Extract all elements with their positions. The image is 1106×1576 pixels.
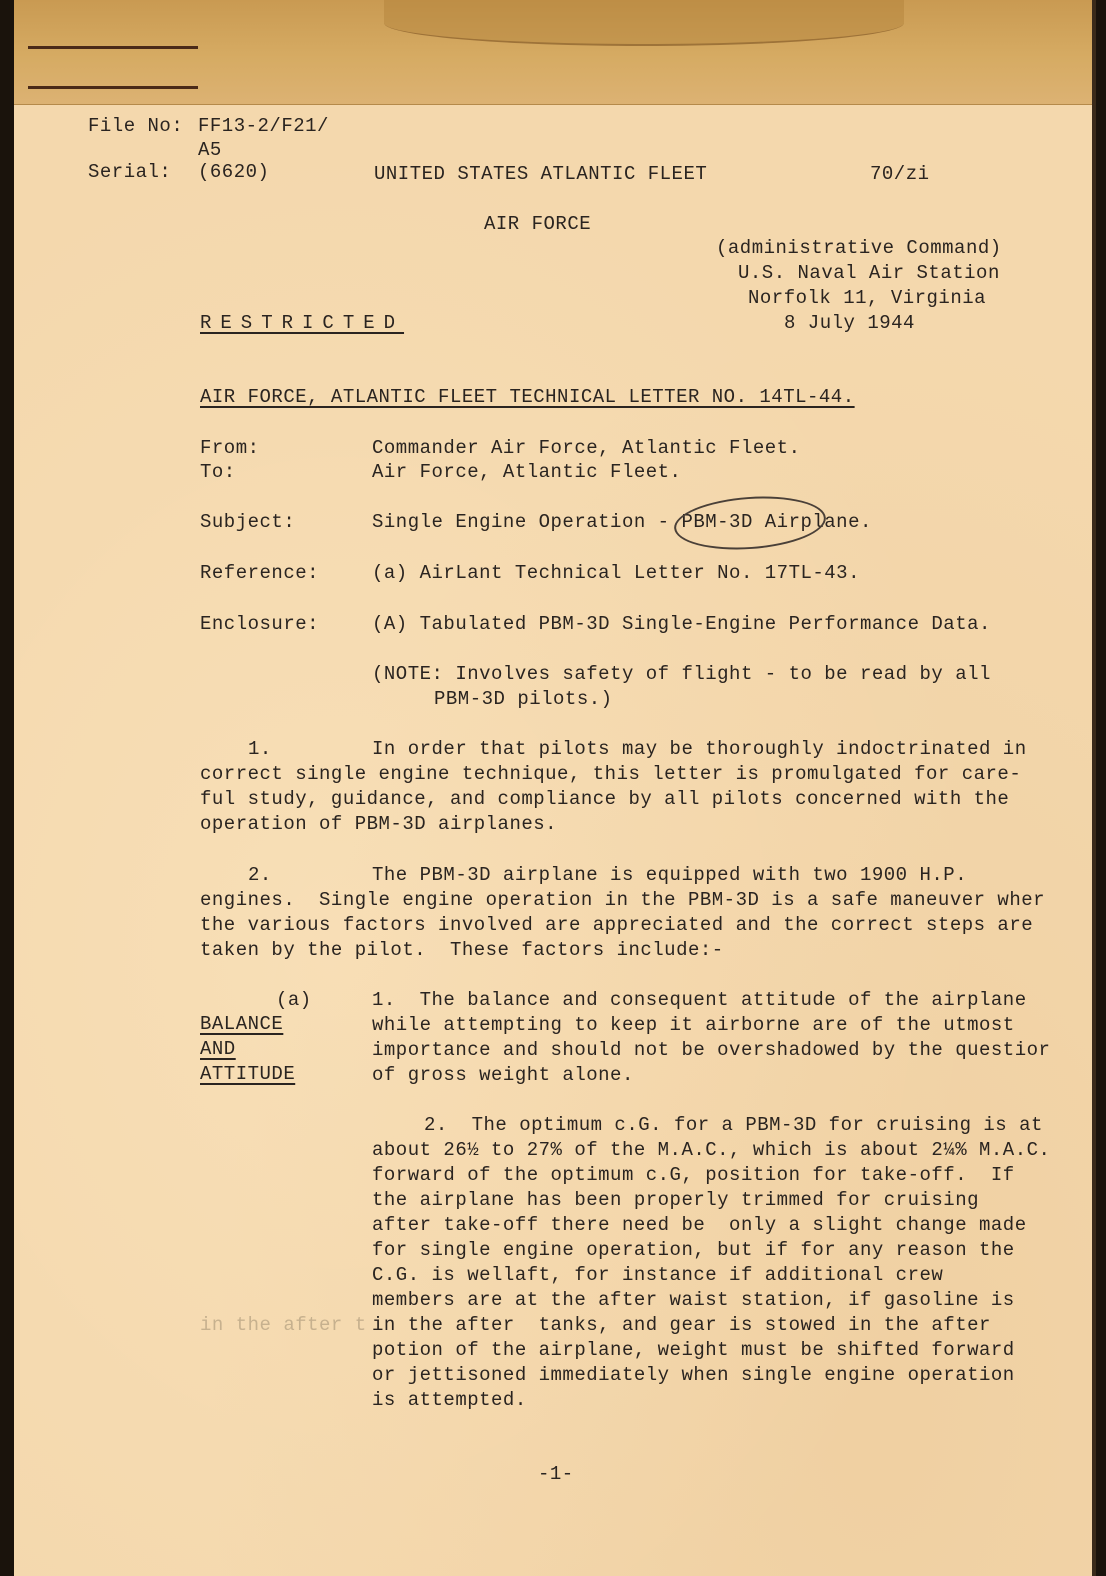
note-line-2: PBM-3D pilots.) <box>434 687 613 712</box>
note-line-1: (NOTE: Involves safety of flight - to be… <box>372 662 991 687</box>
page-number: -1- <box>538 1462 574 1487</box>
para1-line: ful study, guidance, and compliance by a… <box>200 787 1009 812</box>
enclosure-label: Enclosure: <box>200 612 319 637</box>
item1-line: while attempting to keep it airborne are… <box>372 1013 1015 1038</box>
from-label: From: <box>200 436 260 461</box>
stain-mark <box>384 0 904 46</box>
item2-line: C.G. is wellaft, for instance if additio… <box>372 1263 943 1288</box>
item2-line: 2. The optimum c.G. for a PBM-3D for cru… <box>424 1113 1043 1138</box>
item2-line: or jettisoned immediately when single en… <box>372 1363 1015 1388</box>
to-label: To: <box>200 460 236 485</box>
file-no-label: File No: <box>88 114 183 139</box>
subject-label: Subject: <box>200 510 295 535</box>
item2-line: potion of the airplane, weight must be s… <box>372 1338 1015 1363</box>
ref-code: 70/zi <box>870 162 930 187</box>
para1-number: 1. <box>248 737 272 762</box>
binder-slot-bottom <box>28 86 198 89</box>
letter-title: AIR FORCE, ATLANTIC FLEET TECHNICAL LETT… <box>200 385 855 410</box>
page-edge-shadow <box>1092 0 1096 1576</box>
section-a-heading-3: ATTITUDE <box>200 1062 295 1087</box>
address-line-2: U.S. Naval Air Station <box>738 261 1000 286</box>
item2-line: forward of the optimum c.G, position for… <box>372 1163 1015 1188</box>
item1-line: of gross weight alone. <box>372 1063 634 1088</box>
section-a-marker: (a) <box>276 988 312 1013</box>
item2-line: for single engine operation, but if for … <box>372 1238 1015 1263</box>
reference-value: (a) AirLant Technical Letter No. 17TL-43… <box>372 561 860 586</box>
address-line-3: Norfolk 11, Virginia <box>748 286 986 311</box>
address-line-1: (administrative Command) <box>716 236 1002 261</box>
file-no-value: FF13-2/F21/ <box>198 114 329 139</box>
org-line2: AIR FORCE <box>484 212 591 237</box>
item2-line: members are at the after waist station, … <box>372 1288 1015 1313</box>
enclosure-value: (A) Tabulated PBM-3D Single-Engine Perfo… <box>372 612 991 637</box>
classification-stamp: RESTRICTED <box>200 311 404 336</box>
para2-number: 2. <box>248 863 272 888</box>
item2-line: about 26½ to 27% of the M.A.C., which is… <box>372 1138 1050 1163</box>
para2-line: The PBM-3D airplane is equipped with two… <box>372 863 967 888</box>
serial-label: Serial: <box>88 160 171 185</box>
item1-line: 1. The balance and consequent attitude o… <box>372 988 1027 1013</box>
para2-line: engines. Single engine operation in the … <box>200 888 1045 913</box>
para1-line: operation of PBM-3D airplanes. <box>200 812 557 837</box>
para2-line: taken by the pilot. These factors includ… <box>200 938 724 963</box>
item2-line: after take-off there need be only a slig… <box>372 1213 1027 1238</box>
section-a-heading-1: BALANCE <box>200 1012 283 1037</box>
pen-circle-annotation <box>672 492 827 554</box>
document-page: File No: FF13-2/F21/ A5 Serial: (6620) U… <box>14 0 1096 1576</box>
section-a-heading-2: AND <box>200 1037 236 1062</box>
para1-line: In order that pilots may be thoroughly i… <box>372 737 1027 762</box>
para2-line: the various factors involved are appreci… <box>200 913 1033 938</box>
to-value: Air Force, Atlantic Fleet. <box>372 460 681 485</box>
binder-slot-top <box>28 46 198 49</box>
item2-line: is attempted. <box>372 1388 527 1413</box>
serial-value: (6620) <box>198 160 269 185</box>
margin-ghost-text: in the after t <box>200 1313 367 1338</box>
tape-strip <box>14 0 1096 105</box>
item2-line: the airplane has been properly trimmed f… <box>372 1188 979 1213</box>
item1-line: importance and should not be overshadowe… <box>372 1038 1050 1063</box>
org-line1: UNITED STATES ATLANTIC FLEET <box>374 162 707 187</box>
from-value: Commander Air Force, Atlantic Fleet. <box>372 436 800 461</box>
item2-line: in the after tanks, and gear is stowed i… <box>372 1313 991 1338</box>
address-date: 8 July 1944 <box>784 311 915 336</box>
reference-label: Reference: <box>200 561 319 586</box>
para1-line: correct single engine technique, this le… <box>200 762 1021 787</box>
